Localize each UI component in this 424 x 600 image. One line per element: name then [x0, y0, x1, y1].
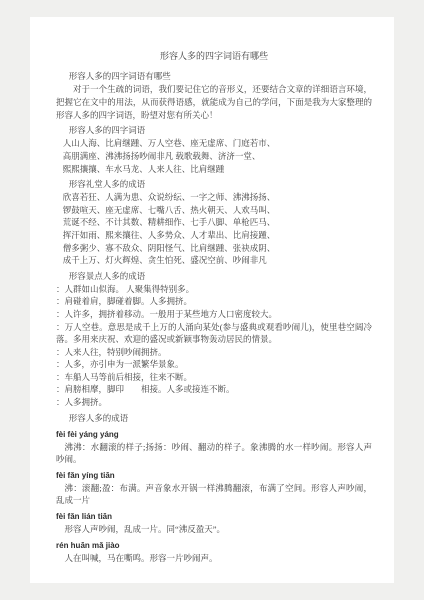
document-title: 形容人多的四字词语有哪些 — [56, 50, 372, 63]
section-heading: 形容人多的成语 — [56, 412, 372, 425]
idiom-line: 僧多粥少、寡不敌众、阴阳怪气、比肩继踵、张袂成阴、 — [56, 242, 372, 255]
definition-line: ：人许多，拥挤着移动。一般用于某些地方人口密度较大。 — [56, 308, 372, 321]
intro-paragraph: 对于一个生疏的词语，我们要记住它的音形义，还要结合文章的详细语言环境，把握它在文… — [56, 83, 372, 121]
definition-line: ：肩膀相摩，脚印 相接。人多或接连不断。 — [56, 383, 372, 396]
pinyin-heading: rén huān mǎ jiào — [56, 540, 372, 552]
idiom-line: 欣喜若狂、人满为患、众说纷纭、一字之师、沸沸扬扬、 — [56, 191, 372, 204]
definition-line: ：人多，亦引申为一派繁华景象。 — [56, 358, 372, 371]
section-heading: 形容人多的四字词语 — [56, 124, 372, 137]
pinyin-definition: 人在叫喊，马在嘶鸣。形容一片吵闹声。 — [56, 552, 372, 565]
idiom-line: 荒诞不经、不计其数、精耕细作、七手八脚、单枪匹马、 — [56, 216, 372, 229]
definition-line: ：人多拥挤。 — [56, 396, 372, 409]
idiom-line: 高朋满座、沸沸扬扬吵闹非凡 载歌载舞、济济一堂、 — [56, 150, 372, 163]
pinyin-definition: 沸：滚翻;盈：布满。声音象水开锅一样沸腾翻滚，布满了空间。形容人声吵闹，乱成一片 — [56, 482, 372, 507]
idiom-line: 人山人海、比肩继踵、万人空巷、座无虚席、门庭若市、 — [56, 137, 372, 150]
definition-line: ：车船人马等前后相接，往来不断。 — [56, 371, 372, 384]
article-heading: 形容人多的四字词语有哪些 — [56, 70, 372, 83]
definition-line: ：人来人往，特别吵闹拥挤。 — [56, 346, 372, 359]
pinyin-heading: fèi fèi yáng yáng — [56, 429, 372, 441]
definition-line: ：肩碰着肩，脚碰着脚。人多拥挤。 — [56, 295, 372, 308]
idiom-line: 成千上万、灯火辉煌、贪生怕死、盛况空前、吵闹非凡 — [56, 254, 372, 267]
document-page: 形容人多的四字词语有哪些 形容人多的四字词语有哪些 对于一个生疏的词语，我们要记… — [30, 17, 394, 583]
idiom-line: 挥汗如雨、熙来攘往、人多势众、人才辈出、比肩接踵、 — [56, 229, 372, 242]
pinyin-definition: 形容人声吵闹，乱成一片。同“沸反盈天”。 — [56, 523, 372, 536]
pinyin-heading: fèi fǎn lián tiān — [56, 511, 372, 523]
definition-line: ：人群如山似海。 人聚集得特别多。 — [56, 283, 372, 296]
definition-line: ：万人空巷。意思是成千上万的人涌向某处(参与盛典或观看吵闹儿)，使里巷空阔冷落。… — [56, 321, 372, 346]
idiom-line: 熙熙攘攘、车水马龙、人来人往、比肩继踵 — [56, 163, 372, 176]
section-heading: 形容景点人多的成语 — [56, 270, 372, 283]
idiom-line: 锣鼓喧天、座无虚席、七嘴八舌、热火朝天、人欢马叫、 — [56, 204, 372, 217]
pinyin-heading: fèi fǎn yíng tiān — [56, 470, 372, 482]
pinyin-definition: 沸沸：水翻滚的样子;扬扬：吵闹、翻动的样子。象沸腾的水一样吵闹。形容人声吵闹。 — [56, 441, 372, 466]
section-heading: 形容礼堂人多的成语 — [56, 178, 372, 191]
